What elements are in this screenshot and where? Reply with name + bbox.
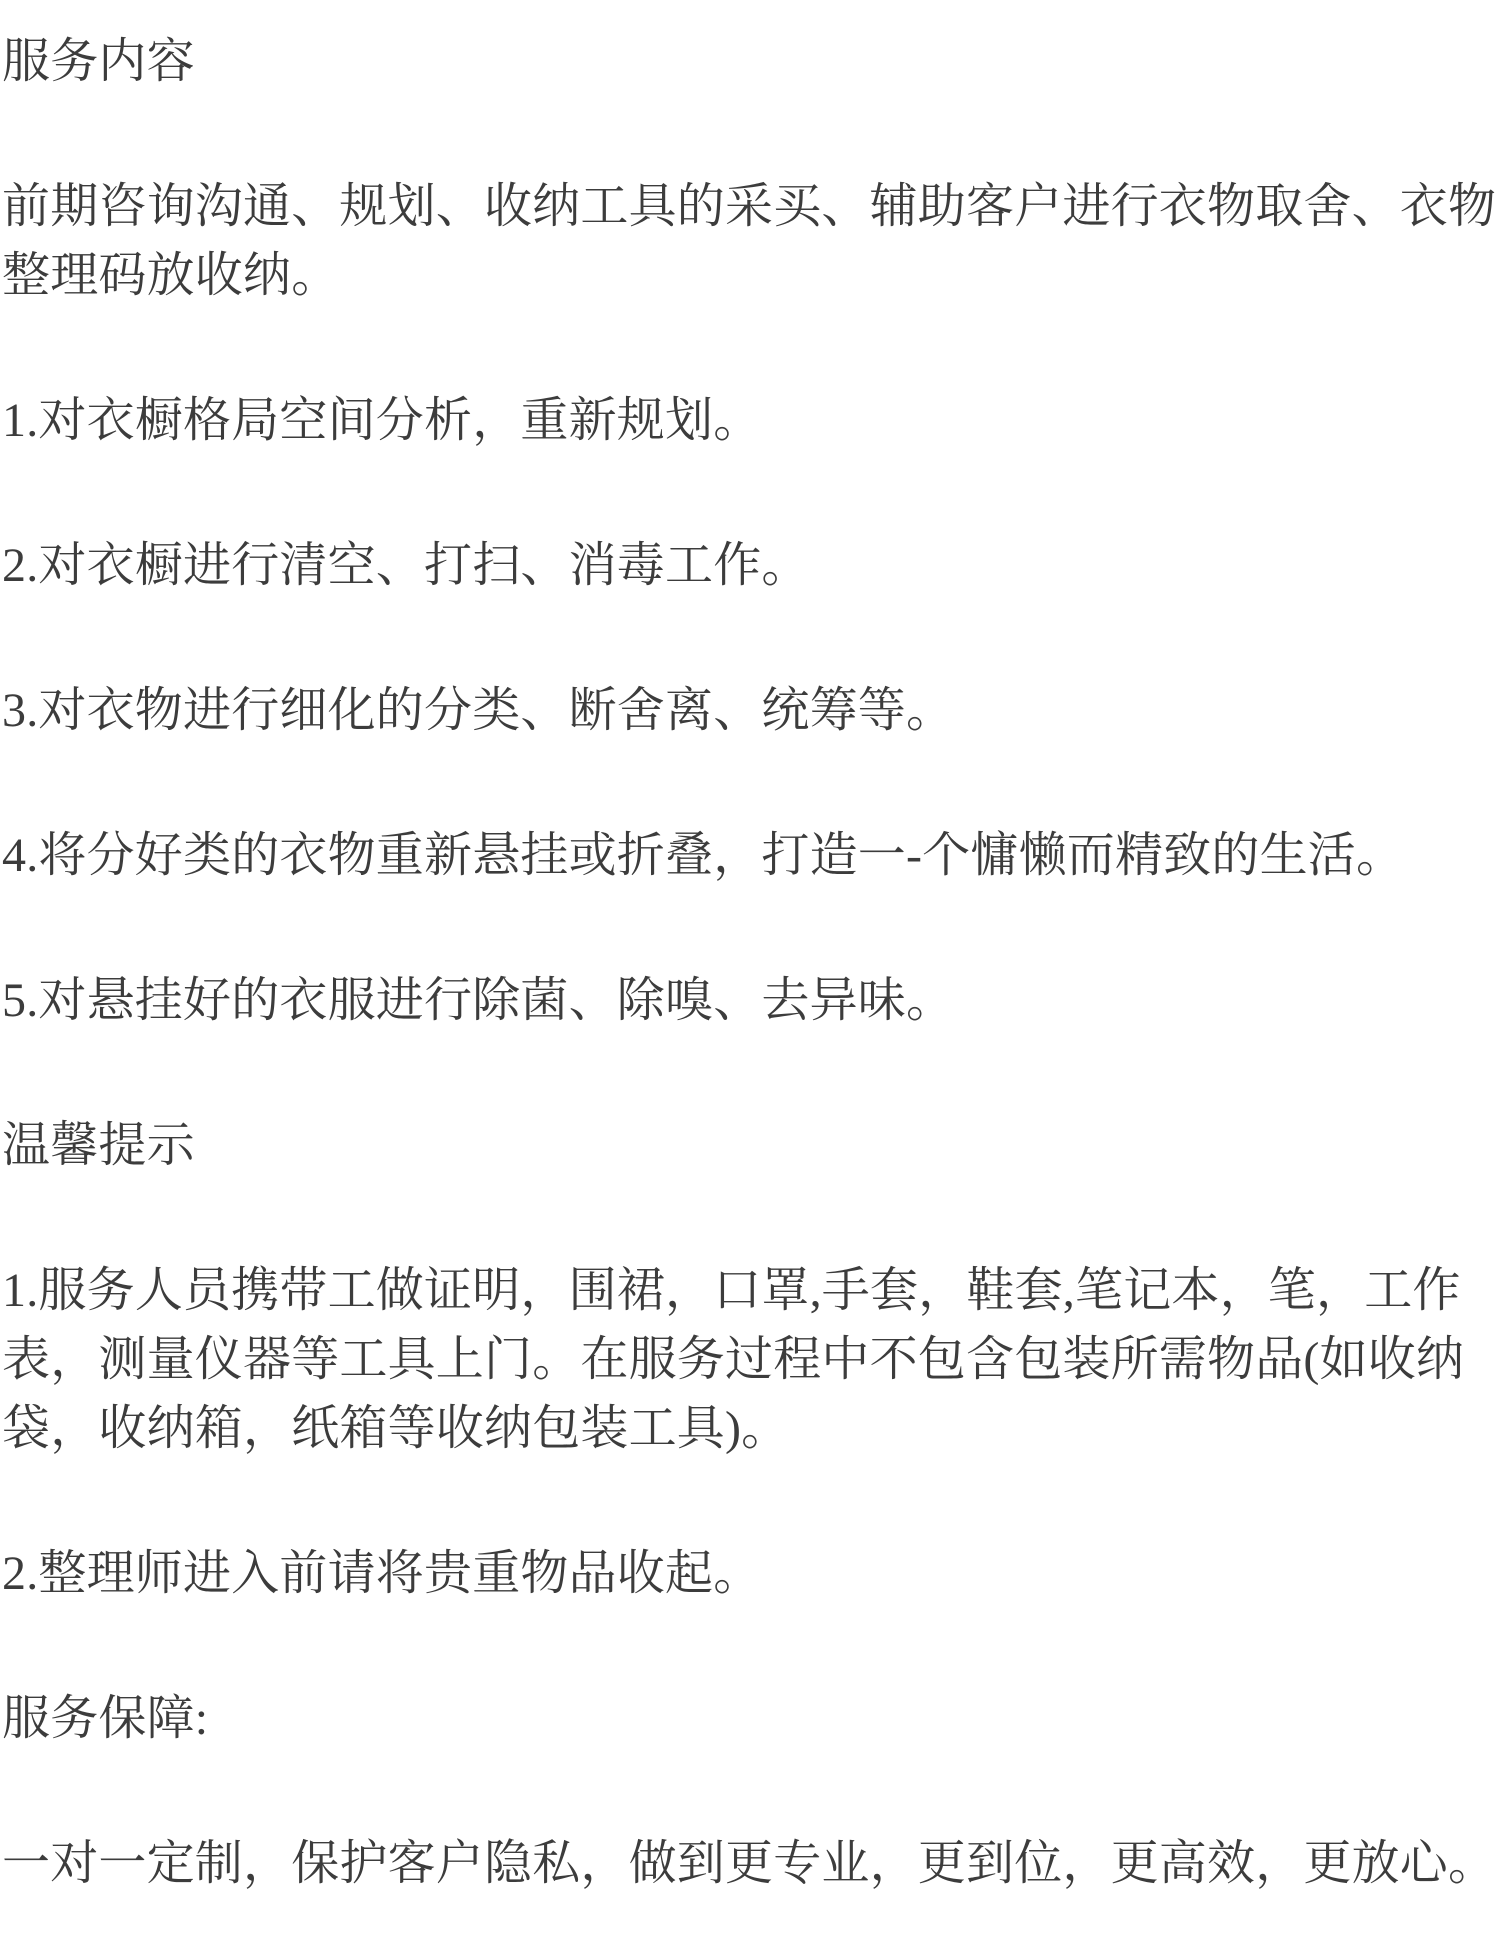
- text-line: 表，测量仪器等工具上门。在服务过程中不包含包装所需物品(如收纳: [2, 1325, 1500, 1394]
- paragraph-service-item-5: 5.对悬挂好的衣服进行除菌、除嗅、去异味。: [2, 966, 1500, 1035]
- text-line: 2.对衣橱进行清空、打扫、消毒工作。: [2, 531, 1500, 600]
- text-line: 5.对悬挂好的衣服进行除菌、除嗅、去异味。: [2, 966, 1500, 1035]
- text-line: 服务内容: [2, 27, 1500, 96]
- paragraph-service-item-4: 4.将分好类的衣物重新悬挂或折叠，打造一-个慵懒而精致的生活。: [2, 821, 1500, 890]
- paragraph-service-item-1: 1.对衣橱格局空间分析，重新规划。: [2, 386, 1500, 455]
- paragraph-service-item-2: 2.对衣橱进行清空、打扫、消毒工作。: [2, 531, 1500, 600]
- text-line: 袋，收纳箱，纸箱等收纳包装工具)。: [2, 1394, 1500, 1463]
- text-line: 1.对衣橱格局空间分析，重新规划。: [2, 386, 1500, 455]
- section-heading-warm-tips: 温馨提示: [2, 1111, 1500, 1180]
- paragraph-service-intro: 前期咨询沟通、规划、收纳工具的采买、辅助客户进行衣物取舍、衣物整理码放收纳。: [2, 172, 1500, 310]
- text-line: 2.整理师进入前请将贵重物品收起。: [2, 1539, 1500, 1608]
- text-line: 服务保障:: [2, 1684, 1500, 1753]
- service-description-page: 服务内容前期咨询沟通、规划、收纳工具的采买、辅助客户进行衣物取舍、衣物整理码放收…: [0, 0, 1500, 1935]
- text-line: 一对一定制，保护客户隐私，做到更专业，更到位，更高效，更放心。: [2, 1829, 1500, 1898]
- document-body: 服务内容前期咨询沟通、规划、收纳工具的采买、辅助客户进行衣物取舍、衣物整理码放收…: [2, 27, 1500, 1898]
- section-heading-service-content: 服务内容: [2, 27, 1500, 96]
- paragraph-tip-1: 1.服务人员携带工做证明，围裙，口罩,手套，鞋套,笔记本，笔，工作表，测量仪器等…: [2, 1256, 1500, 1463]
- paragraph-service-item-3: 3.对衣物进行细化的分类、断舍离、统筹等。: [2, 676, 1500, 745]
- text-line: 3.对衣物进行细化的分类、断舍离、统筹等。: [2, 676, 1500, 745]
- section-heading-service-guarantee: 服务保障:: [2, 1684, 1500, 1753]
- text-line: 整理码放收纳。: [2, 241, 1500, 310]
- paragraph-guarantee: 一对一定制，保护客户隐私，做到更专业，更到位，更高效，更放心。: [2, 1829, 1500, 1898]
- text-line: 1.服务人员携带工做证明，围裙，口罩,手套，鞋套,笔记本，笔，工作: [2, 1256, 1500, 1325]
- text-line: 前期咨询沟通、规划、收纳工具的采买、辅助客户进行衣物取舍、衣物: [2, 172, 1500, 241]
- text-line: 4.将分好类的衣物重新悬挂或折叠，打造一-个慵懒而精致的生活。: [2, 821, 1500, 890]
- paragraph-tip-2: 2.整理师进入前请将贵重物品收起。: [2, 1539, 1500, 1608]
- text-line: 温馨提示: [2, 1111, 1500, 1180]
